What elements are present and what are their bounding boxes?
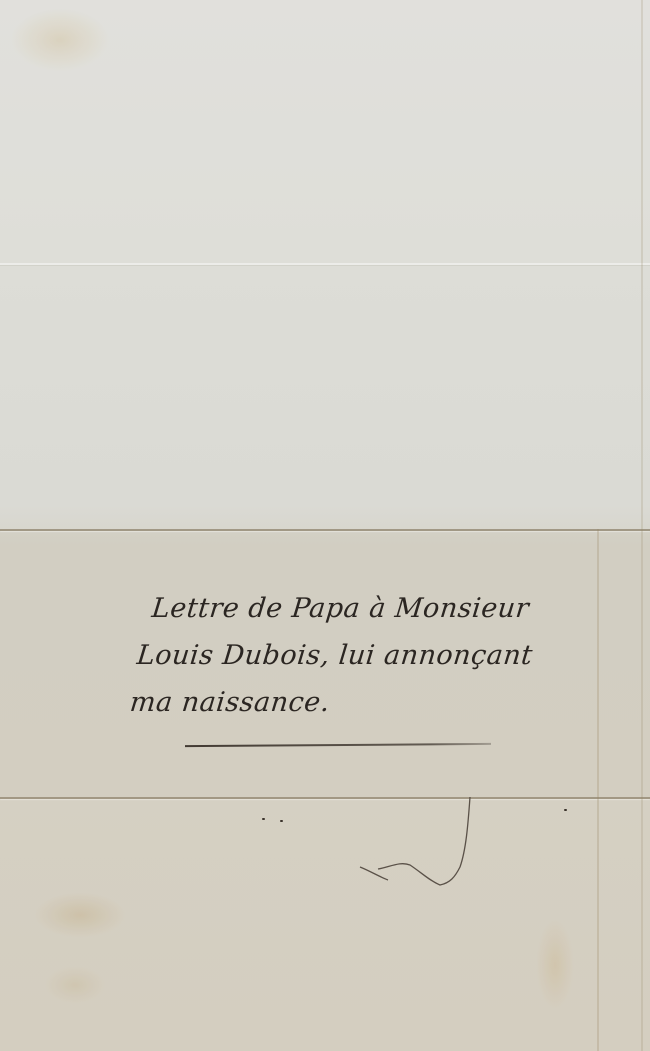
ink-speck — [262, 818, 265, 820]
fold-line-vertical — [641, 0, 643, 1051]
handwritten-note: Lettre de Papa à Monsieur Louis Dubois, … — [128, 585, 613, 726]
fold-line-horizontal — [0, 263, 650, 265]
handwriting-line: Lettre de Papa à Monsieur — [137, 585, 612, 632]
handwriting-line: Louis Dubois, lui annonçant — [133, 632, 608, 679]
ink-speck — [280, 820, 283, 822]
paper-panel-upper — [0, 263, 650, 529]
ink-speck — [564, 809, 567, 811]
paper-panel-top — [0, 0, 650, 263]
handwriting-line: ma naissance. — [128, 679, 603, 726]
paper-tear — [300, 795, 480, 895]
letter-page: Lettre de Papa à Monsieur Louis Dubois, … — [0, 0, 650, 1051]
fold-line-horizontal — [0, 529, 650, 531]
